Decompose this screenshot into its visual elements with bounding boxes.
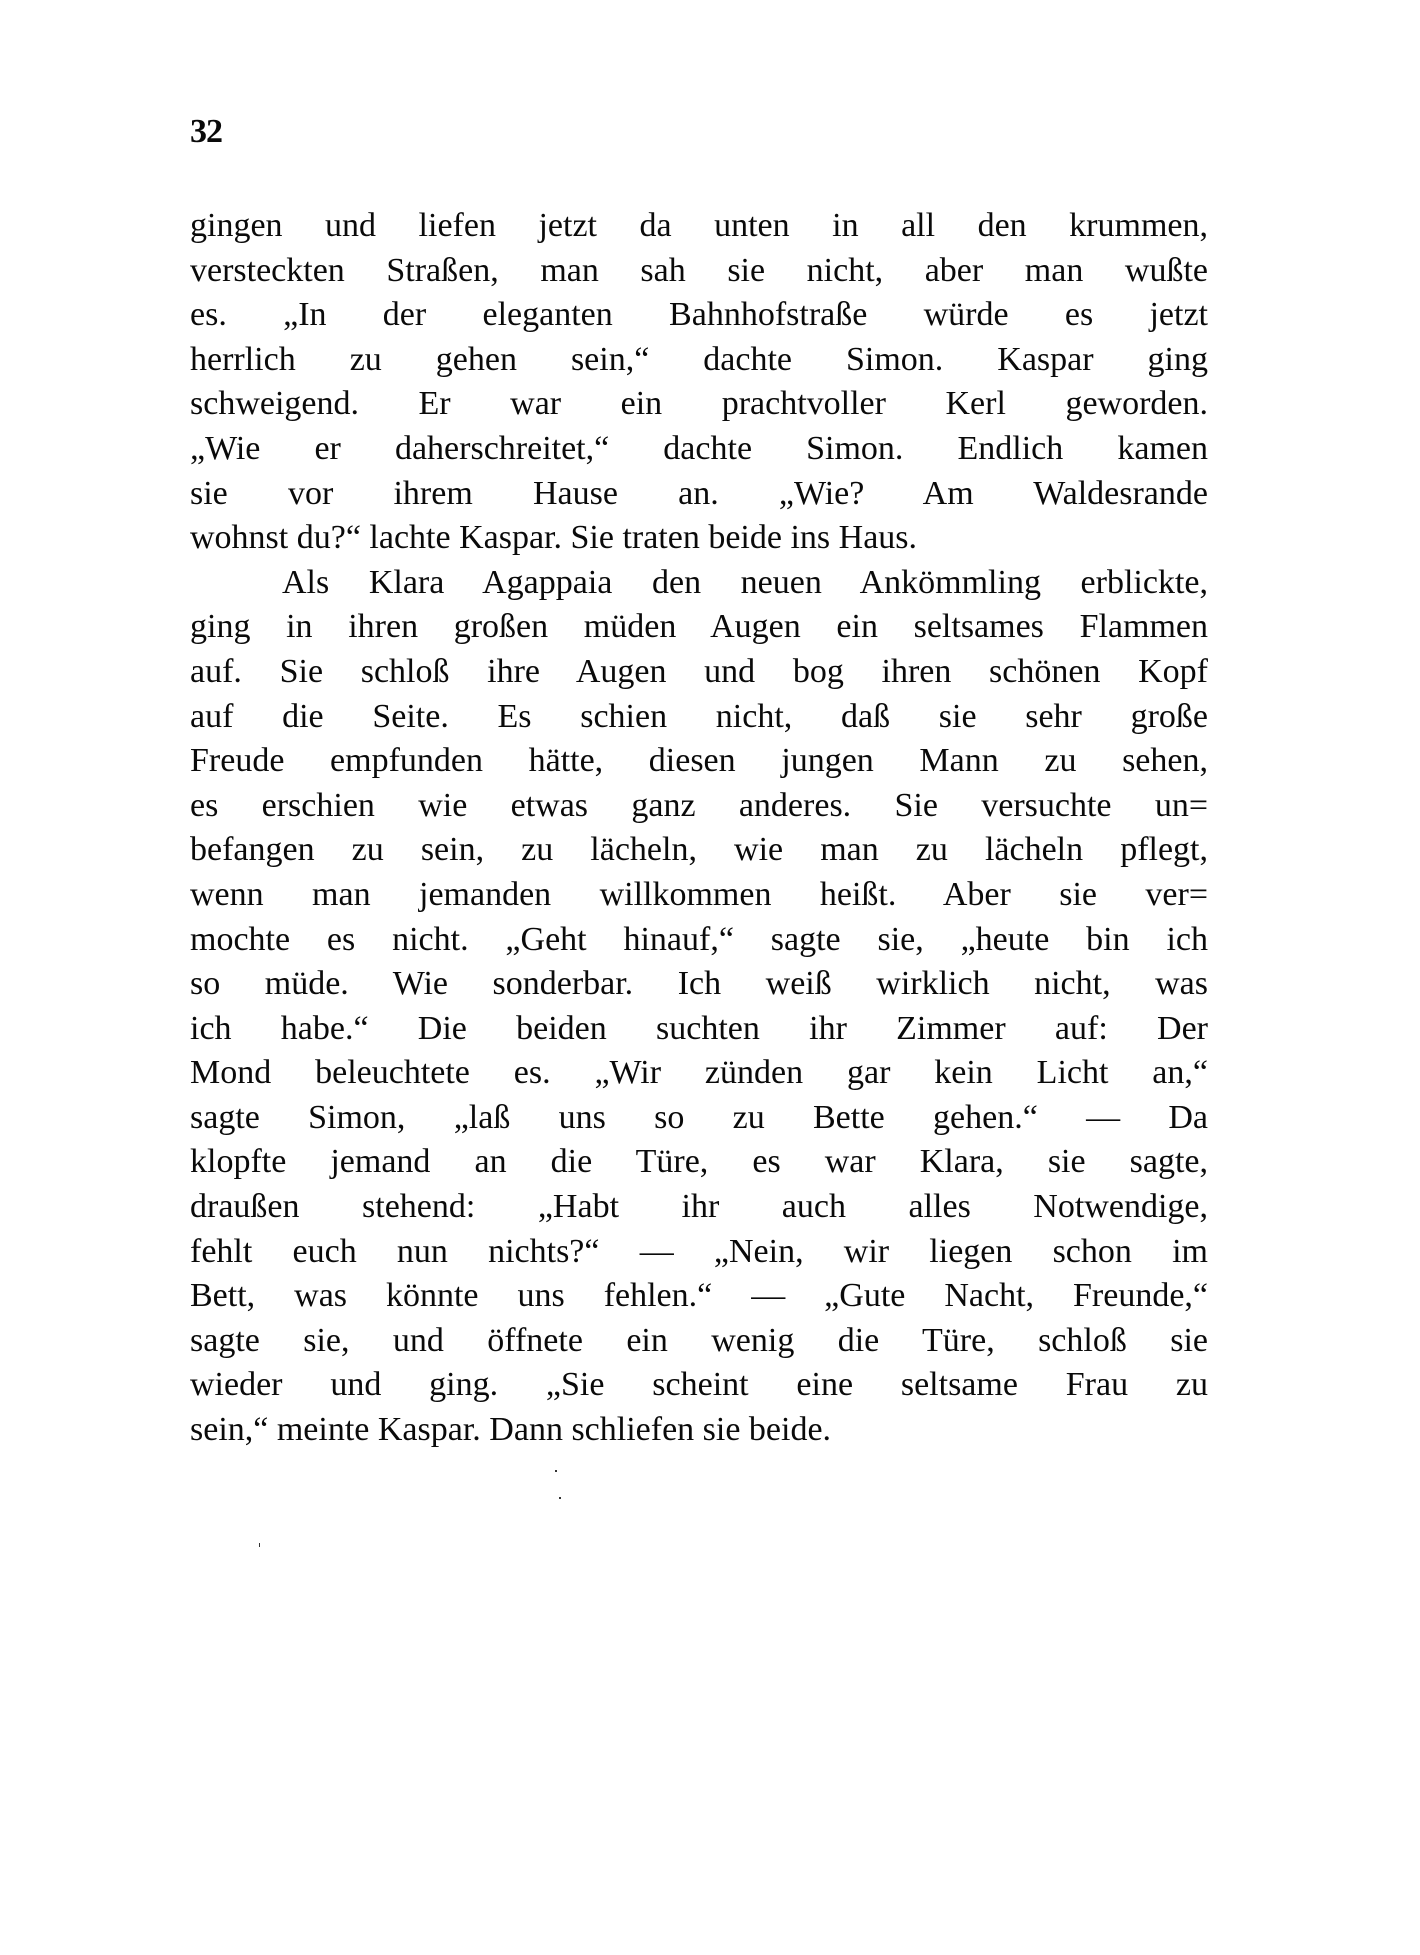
- text-line: klopfte jemand an die Türe, es war Klara…: [190, 1140, 1208, 1185]
- text-line: Mond beleuchtete es. „Wir zünden gar kei…: [190, 1051, 1208, 1096]
- text-line: wohnst du?“ lachte Kaspar. Sie traten be…: [190, 516, 1208, 561]
- text-line: mochte es nicht. „Geht hinauf,“ sagte si…: [190, 918, 1208, 963]
- text-line: auf. Sie schloß ihre Augen und bog ihren…: [190, 650, 1208, 695]
- scan-speck: [259, 1543, 260, 1547]
- text-line: herrlich zu gehen sein,“ dachte Simon. K…: [190, 338, 1208, 383]
- paragraph-2: Als Klara Agappaia den neuen Ankömmling …: [190, 561, 1208, 1453]
- paragraph-1: gingen und liefen jetzt da unten in all …: [190, 204, 1208, 561]
- text-line: draußen stehend: „Habt ihr auch alles No…: [190, 1185, 1208, 1230]
- page-number: 32: [190, 112, 222, 152]
- text-line: sie vor ihrem Hause an. „Wie? Am Waldesr…: [190, 472, 1208, 517]
- text-line: sagte Simon, „laß uns so zu Bette gehen.…: [190, 1096, 1208, 1141]
- text-line: sein,“ meinte Kaspar. Dann schliefen sie…: [190, 1408, 1208, 1453]
- text-line: wenn man jemanden willkommen heißt. Aber…: [190, 873, 1208, 918]
- text-line: gingen und liefen jetzt da unten in all …: [190, 204, 1208, 249]
- text-line: ich habe.“ Die beiden suchten ihr Zimmer…: [190, 1007, 1208, 1052]
- text-line: es. „In der eleganten Bahnhofstraße würd…: [190, 293, 1208, 338]
- text-line: versteckten Straßen, man sah sie nicht, …: [190, 249, 1208, 294]
- body-text: gingen und liefen jetzt da unten in all …: [190, 204, 1208, 1453]
- text-line: so müde. Wie sonderbar. Ich weiß wirklic…: [190, 962, 1208, 1007]
- text-line: Bett, was könnte uns fehlen.“ — „Gute Na…: [190, 1274, 1208, 1319]
- text-line: ging in ihren großen müden Augen ein sel…: [190, 605, 1208, 650]
- text-line: sagte sie, und öffnete ein wenig die Tür…: [190, 1319, 1208, 1364]
- scan-speck: [559, 1497, 561, 1499]
- text-line: schweigend. Er war ein prachtvoller Kerl…: [190, 382, 1208, 427]
- scan-speck: [555, 1470, 557, 1472]
- text-line: auf die Seite. Es schien nicht, daß sie …: [190, 695, 1208, 740]
- text-line: fehlt euch nun nichts?“ — „Nein, wir lie…: [190, 1230, 1208, 1275]
- text-line: wieder und ging. „Sie scheint eine selts…: [190, 1363, 1208, 1408]
- text-line: Als Klara Agappaia den neuen Ankömmling …: [190, 561, 1208, 606]
- text-line: es erschien wie etwas ganz anderes. Sie …: [190, 784, 1208, 829]
- text-line: befangen zu sein, zu lächeln, wie man zu…: [190, 828, 1208, 873]
- text-line: Freude empfunden hätte, diesen jungen Ma…: [190, 739, 1208, 784]
- text-line: „Wie er daherschreitet,“ dachte Simon. E…: [190, 427, 1208, 472]
